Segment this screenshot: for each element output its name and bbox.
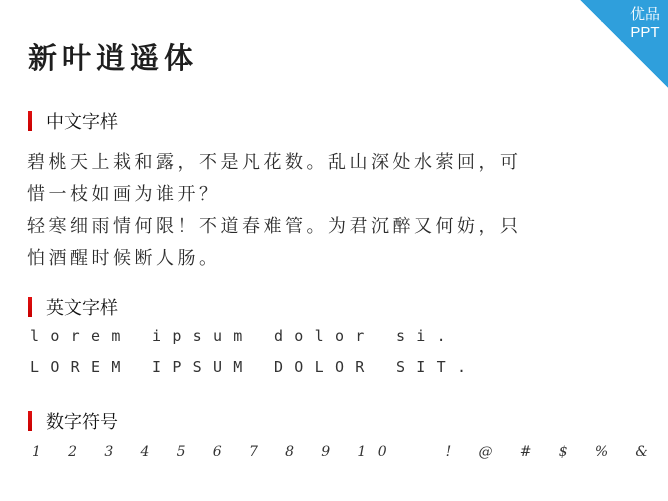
accent-bar [28,297,32,317]
numbers-symbols-sample: 1 2 3 4 5 6 7 8 9 10 ! @ # $ % & ? ( ) [32,444,668,460]
chinese-sample-line: 怕酒醒时候断人肠。 [27,244,221,270]
section-header-english: 英文字样 [28,294,118,320]
english-sample-uppercase: LOREM IPSUM DOLOR SIT. [30,358,477,376]
section-label-chinese: 中文字样 [46,108,118,134]
chinese-sample-line: 惜一枝如画为谁开？ [27,180,221,206]
corner-badge-line2: PPT [630,24,660,42]
font-title: 新叶逍遥体 [28,36,198,77]
corner-badge-text: 优品 PPT [630,6,660,42]
english-sample-lowercase: lorem ipsum dolor si. [30,327,457,345]
corner-badge: 优品 PPT [580,0,668,88]
section-label-numbers: 数字符号 [46,408,118,434]
accent-bar [28,411,32,431]
chinese-sample-line: 碧桃天上栽和露，不是凡花数。乱山深处水萦回，可 [27,148,522,174]
section-header-numbers: 数字符号 [28,408,118,434]
corner-badge-line1: 优品 [630,6,660,24]
chinese-sample-line: 轻寒细雨情何限！不道春难管。为君沉醉又何妨，只 [27,212,522,238]
section-header-chinese: 中文字样 [28,108,118,134]
section-label-english: 英文字样 [46,294,118,320]
accent-bar [28,111,32,131]
